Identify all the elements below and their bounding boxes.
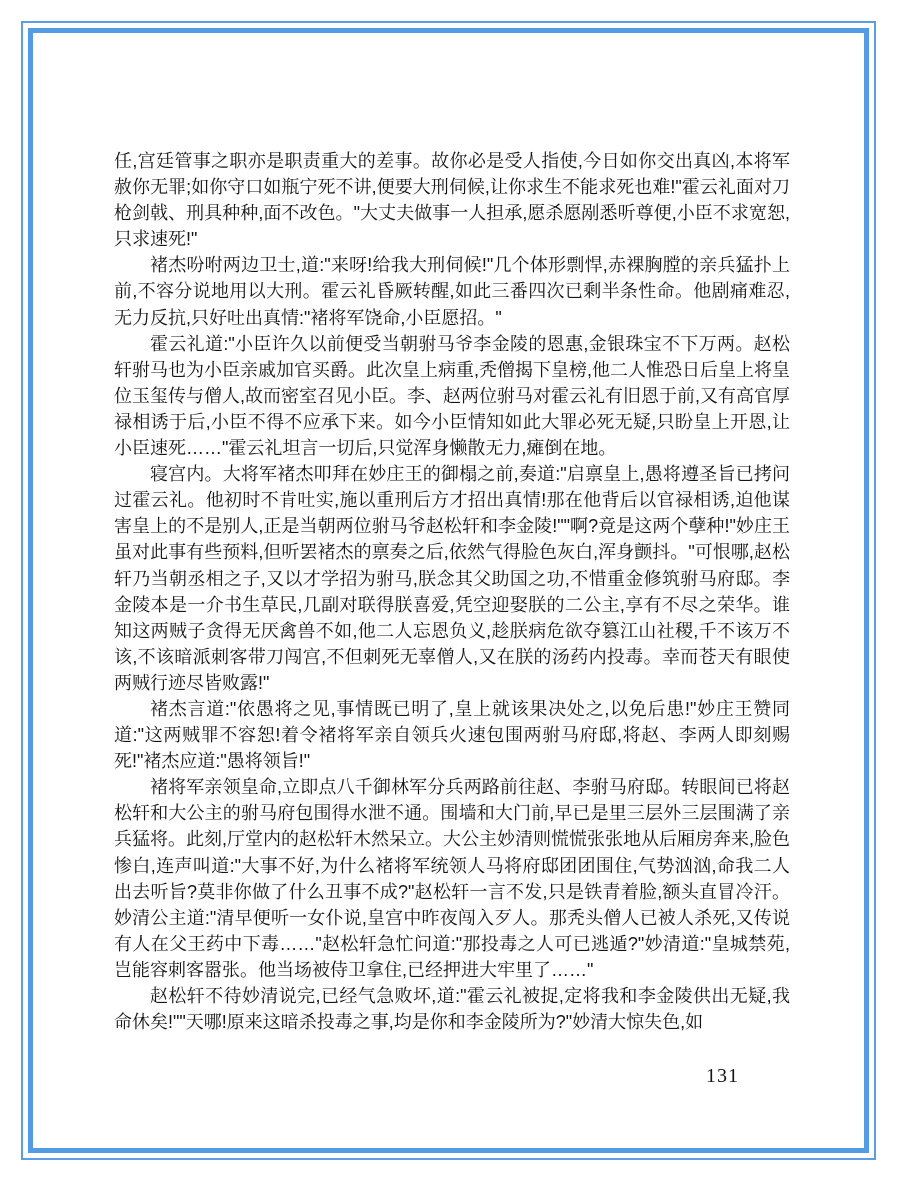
paragraph: 赵松轩不待妙清说完,已经气急败坏,道:"霍云礼被捉,定将我和李金陵供出无疑,我命… xyxy=(114,983,790,1035)
page-number: 131 xyxy=(706,1065,739,1088)
paragraph: 寝宫内。大将军褚杰叩拜在妙庄王的御榻之前,奏道:"启禀皇上,愚将遵圣旨已拷问过霍… xyxy=(114,461,790,696)
book-page: 任,宫廷管事之职亦是职责重大的差事。故你必是受人指使,今日如你交出真凶,本将军赦… xyxy=(0,0,900,1184)
paragraph: 褚将军亲领皇命,立即点八千御林军分兵两路前往赵、李驸马府邸。转眼间已将赵松轩和大… xyxy=(114,774,790,983)
paragraph: 褚杰言道:"依愚将之见,事情既已明了,皇上就该果决处之,以免后患!"妙庄王赞同道… xyxy=(114,696,790,774)
paragraph: 霍云礼道:"小臣许久以前便受当朝驸马爷李金陵的恩惠,金银珠宝不下万两。赵松轩驸马… xyxy=(114,331,790,461)
paragraph: 任,宫廷管事之职亦是职责重大的差事。故你必是受人指使,今日如你交出真凶,本将军赦… xyxy=(114,148,790,252)
page-text: 任,宫廷管事之职亦是职责重大的差事。故你必是受人指使,今日如你交出真凶,本将军赦… xyxy=(114,148,790,1035)
paragraph: 褚杰吩咐两边卫士,道:"来呀!给我大刑伺候!"几个体形剽悍,赤裸胸膛的亲兵猛扑上… xyxy=(114,252,790,330)
